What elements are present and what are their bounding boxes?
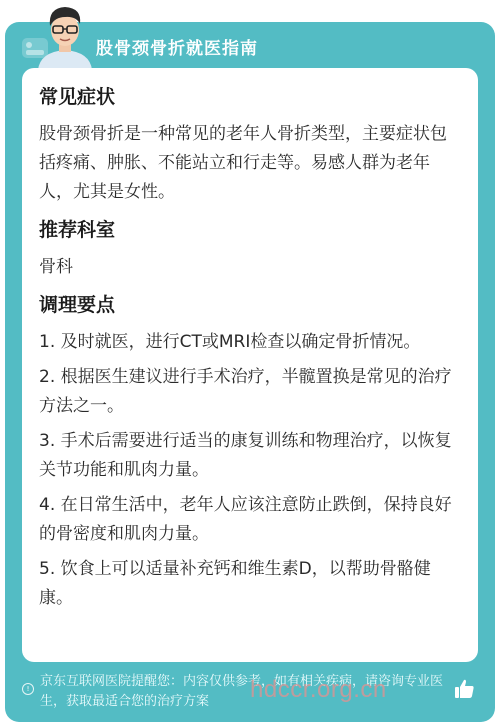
care-item: 2. 根据医生建议进行手术治疗，半髋置换是常见的治疗方法之一。 [39, 363, 460, 421]
symptoms-text: 股骨颈骨折是一种常见的老年人骨折类型，主要症状包括疼痛、肿胀、不能站立和行走等。… [39, 120, 460, 207]
doctor-avatar [30, 0, 100, 70]
section-title-department: 推荐科室 [39, 217, 460, 243]
thumbs-up-icon[interactable] [453, 678, 475, 700]
section-title-care: 调理要点 [39, 292, 460, 318]
section-title-symptoms: 常见症状 [39, 84, 460, 110]
department-text: 骨科 [39, 253, 460, 282]
care-item: 5. 饮食上可以适量补充钙和维生素D，以帮助骨骼健康。 [39, 555, 460, 613]
care-item: 1. 及时就医，进行CT或MRI检查以确定骨折情况。 [39, 328, 460, 357]
content-card: 常见症状 股骨颈骨折是一种常见的老年人骨折类型，主要症状包括疼痛、肿胀、不能站立… [22, 68, 478, 662]
care-item: 4. 在日常生活中，老年人应该注意防止跌倒，保持良好的骨密度和肌肉力量。 [39, 491, 460, 549]
watermark: hdccr.org.cn [250, 676, 387, 704]
page-title: 股骨颈骨折就医指南 [96, 34, 258, 59]
info-icon: ! [22, 683, 34, 695]
care-item: 3. 手术后需要进行适当的康复训练和物理治疗，以恢复关节功能和肌肉力量。 [39, 427, 460, 485]
